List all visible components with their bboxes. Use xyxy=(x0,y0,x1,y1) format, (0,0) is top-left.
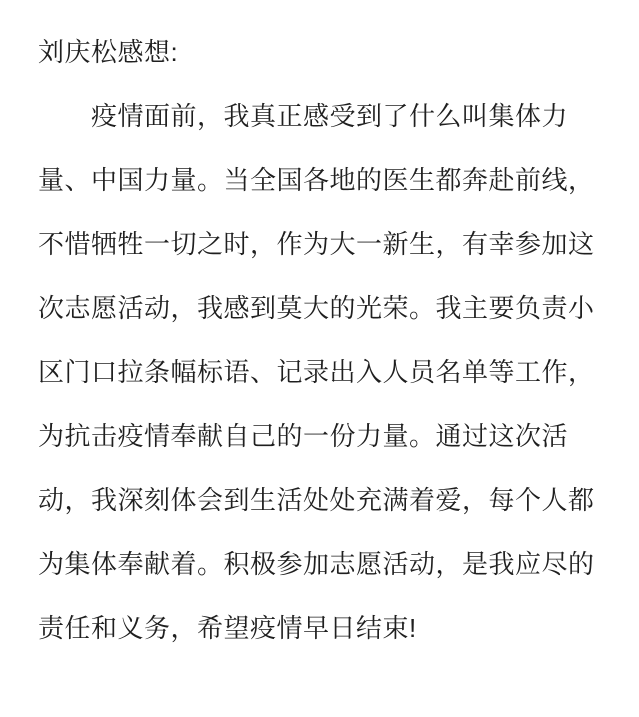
text-line: 疫情面前，我真正感受到了什么叫集体力 xyxy=(38,84,603,148)
text-line: 为抗击疫情奉献自己的一份力量。通过这次活 xyxy=(38,404,603,468)
text-line: 区门口拉条幅标语、记录出入人员名单等工作， xyxy=(38,340,603,404)
text-line: 为集体奉献着。积极参加志愿活动，是我应尽的 xyxy=(38,532,603,596)
text-line: 不惜牺牲一切之时，作为大一新生，有幸参加这 xyxy=(38,212,603,276)
text-line: 次志愿活动，我感到莫大的光荣。我主要负责小 xyxy=(38,276,603,340)
document-page: 刘庆松感想: 疫情面前，我真正感受到了什么叫集体力 量、中国力量。当全国各地的医… xyxy=(0,0,639,717)
text-line: 动，我深刻体会到生活处处充满着爱，每个人都 xyxy=(38,468,603,532)
text-line: 量、中国力量。当全国各地的医生都奔赴前线， xyxy=(38,148,603,212)
text-line: 责任和义务，希望疫情早日结束! xyxy=(38,596,603,660)
page-title: 刘庆松感想: xyxy=(38,20,603,84)
